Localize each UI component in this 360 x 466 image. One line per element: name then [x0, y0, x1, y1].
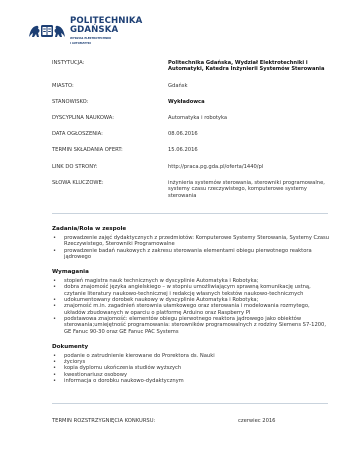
list-item-text: podanie o zatrudnienie kierowane do Pror…	[64, 353, 215, 359]
resolution-label: TERMIN ROZSTRZYGNIĘCIA KONKURSU:	[52, 418, 238, 424]
list-item-text: kwestionariusz osobowy	[64, 372, 127, 378]
logo-subtitle-line1: WYDZIAŁ ELEKTROTECHNIKI	[70, 37, 142, 40]
list-item-text: informacja o dorobku naukowo-dydaktyczny…	[64, 378, 184, 384]
info-row-discipline: DYSCYPLINA NAUKOWA: Automatyka i robotyk…	[52, 115, 332, 121]
list-item-text: prowadzenie zajęć dydaktycznych z przedm…	[64, 235, 329, 247]
resolution-value: czerwiec 2016	[238, 418, 275, 424]
info-value: 08.06.2016	[168, 131, 332, 137]
info-label: INSTYTUCJA:	[52, 60, 168, 73]
info-row-institution: INSTYTUCJA: Politechnika Gdańska, Wydzia…	[52, 60, 332, 73]
info-value: inżynieria systemów sterowania, sterowni…	[168, 180, 332, 199]
list-item: •dobra znajomość języka angielskiego – w…	[52, 284, 332, 297]
bullet-icon: •	[53, 284, 56, 290]
divider	[52, 403, 328, 404]
list-item: •prowadzenie badań naukowych z zakresu s…	[52, 248, 332, 261]
list-item-text: prowadzenie badań naukowych z zakresu st…	[64, 248, 312, 260]
info-label: TERMIN SKŁADANIA OFERT:	[52, 147, 168, 153]
job-details: Zadania/Rola w zespole •prowadzenie zaję…	[52, 226, 332, 393]
logo-subtitle-line2: I AUTOMATYKI	[70, 42, 142, 45]
info-row-deadline: TERMIN SKŁADANIA OFERT: 15.06.2016	[52, 147, 332, 153]
info-label: SŁOWA KLUCZOWE:	[52, 180, 168, 199]
info-row-keywords: SŁOWA KLUCZOWE: inżynieria systemów ster…	[52, 180, 332, 199]
list-item-text: znajomość m.in. zagadnień sterownia ułam…	[64, 303, 310, 315]
offer-link[interactable]: http://praca.pg.gda.pl/oferta/1440/pl	[168, 164, 332, 170]
list-item: •informacja o dorobku naukowo-dydaktyczn…	[52, 378, 332, 384]
info-row-link: LINK DO STRONY: http://praca.pg.gda.pl/o…	[52, 164, 332, 170]
crest-icon	[27, 21, 67, 41]
list-item: •prowadzenie zajęć dydaktycznych z przed…	[52, 235, 332, 248]
documents-list: •podanie o zatrudnienie kierowane do Pro…	[52, 353, 332, 384]
info-row-city: MIASTO: Gdańsk	[52, 83, 332, 89]
logo-title-line2: GDAŃSKA	[70, 26, 142, 35]
info-value: Gdańsk	[168, 83, 332, 89]
section-tasks: Zadania/Rola w zespole •prowadzenie zaję…	[52, 226, 332, 260]
info-value: 15.06.2016	[168, 147, 332, 153]
info-label: STANOWISKO:	[52, 99, 168, 105]
bullet-icon: •	[53, 378, 56, 384]
bullet-icon: •	[53, 316, 56, 322]
job-info-table: INSTYTUCJA: Politechnika Gdańska, Wydzia…	[52, 60, 332, 209]
bullet-icon: •	[53, 303, 56, 309]
section-title: Zadania/Rola w zespole	[52, 226, 332, 233]
info-label: DYSCYPLINA NAUKOWA:	[52, 115, 168, 121]
bullet-icon: •	[53, 235, 56, 241]
university-logo: POLITECHNIKA GDAŃSKA WYDZIAŁ ELEKTROTECH…	[27, 13, 147, 49]
info-label: LINK DO STRONY:	[52, 164, 168, 170]
section-requirements: Wymagania •stopień magistra nauk technic…	[52, 269, 332, 335]
info-value: Wykładowca	[168, 99, 332, 105]
logo-text: POLITECHNIKA GDAŃSKA WYDZIAŁ ELEKTROTECH…	[70, 17, 142, 45]
section-documents: Dokumenty •podanie o zatrudnienie kierow…	[52, 344, 332, 384]
list-item: •podstawowa znajomość: elementów obiegu …	[52, 316, 332, 335]
list-item-text: dobra znajomość języka angielskiego – w …	[64, 284, 311, 296]
info-value: Automatyka i robotyka	[168, 115, 332, 121]
list-item-text: kopia dyplomu ukończenia studiów wyższyc…	[64, 365, 181, 371]
info-row-position: STANOWISKO: Wykładowca	[52, 99, 332, 105]
info-row-announcement-date: DATA OGŁOSZENIA: 08.06.2016	[52, 131, 332, 137]
tasks-list: •prowadzenie zajęć dydaktycznych z przed…	[52, 235, 332, 260]
info-label: MIASTO:	[52, 83, 168, 89]
section-title: Wymagania	[52, 269, 332, 276]
info-value: Politechnika Gdańska, Wydział Elektrotec…	[168, 60, 332, 73]
divider	[52, 213, 328, 214]
bullet-icon: •	[53, 248, 56, 254]
section-title: Dokumenty	[52, 344, 332, 351]
list-item: •znajomość m.in. zagadnień sterownia uła…	[52, 303, 332, 316]
info-label: DATA OGŁOSZENIA:	[52, 131, 168, 137]
list-item-text: podstawowa znajomość: elementów obiegu p…	[64, 316, 326, 335]
resolution-date-row: TERMIN ROZSTRZYGNIĘCIA KONKURSU: czerwie…	[52, 418, 332, 424]
requirements-list: •stopień magistra nauk technicznych w dy…	[52, 278, 332, 335]
